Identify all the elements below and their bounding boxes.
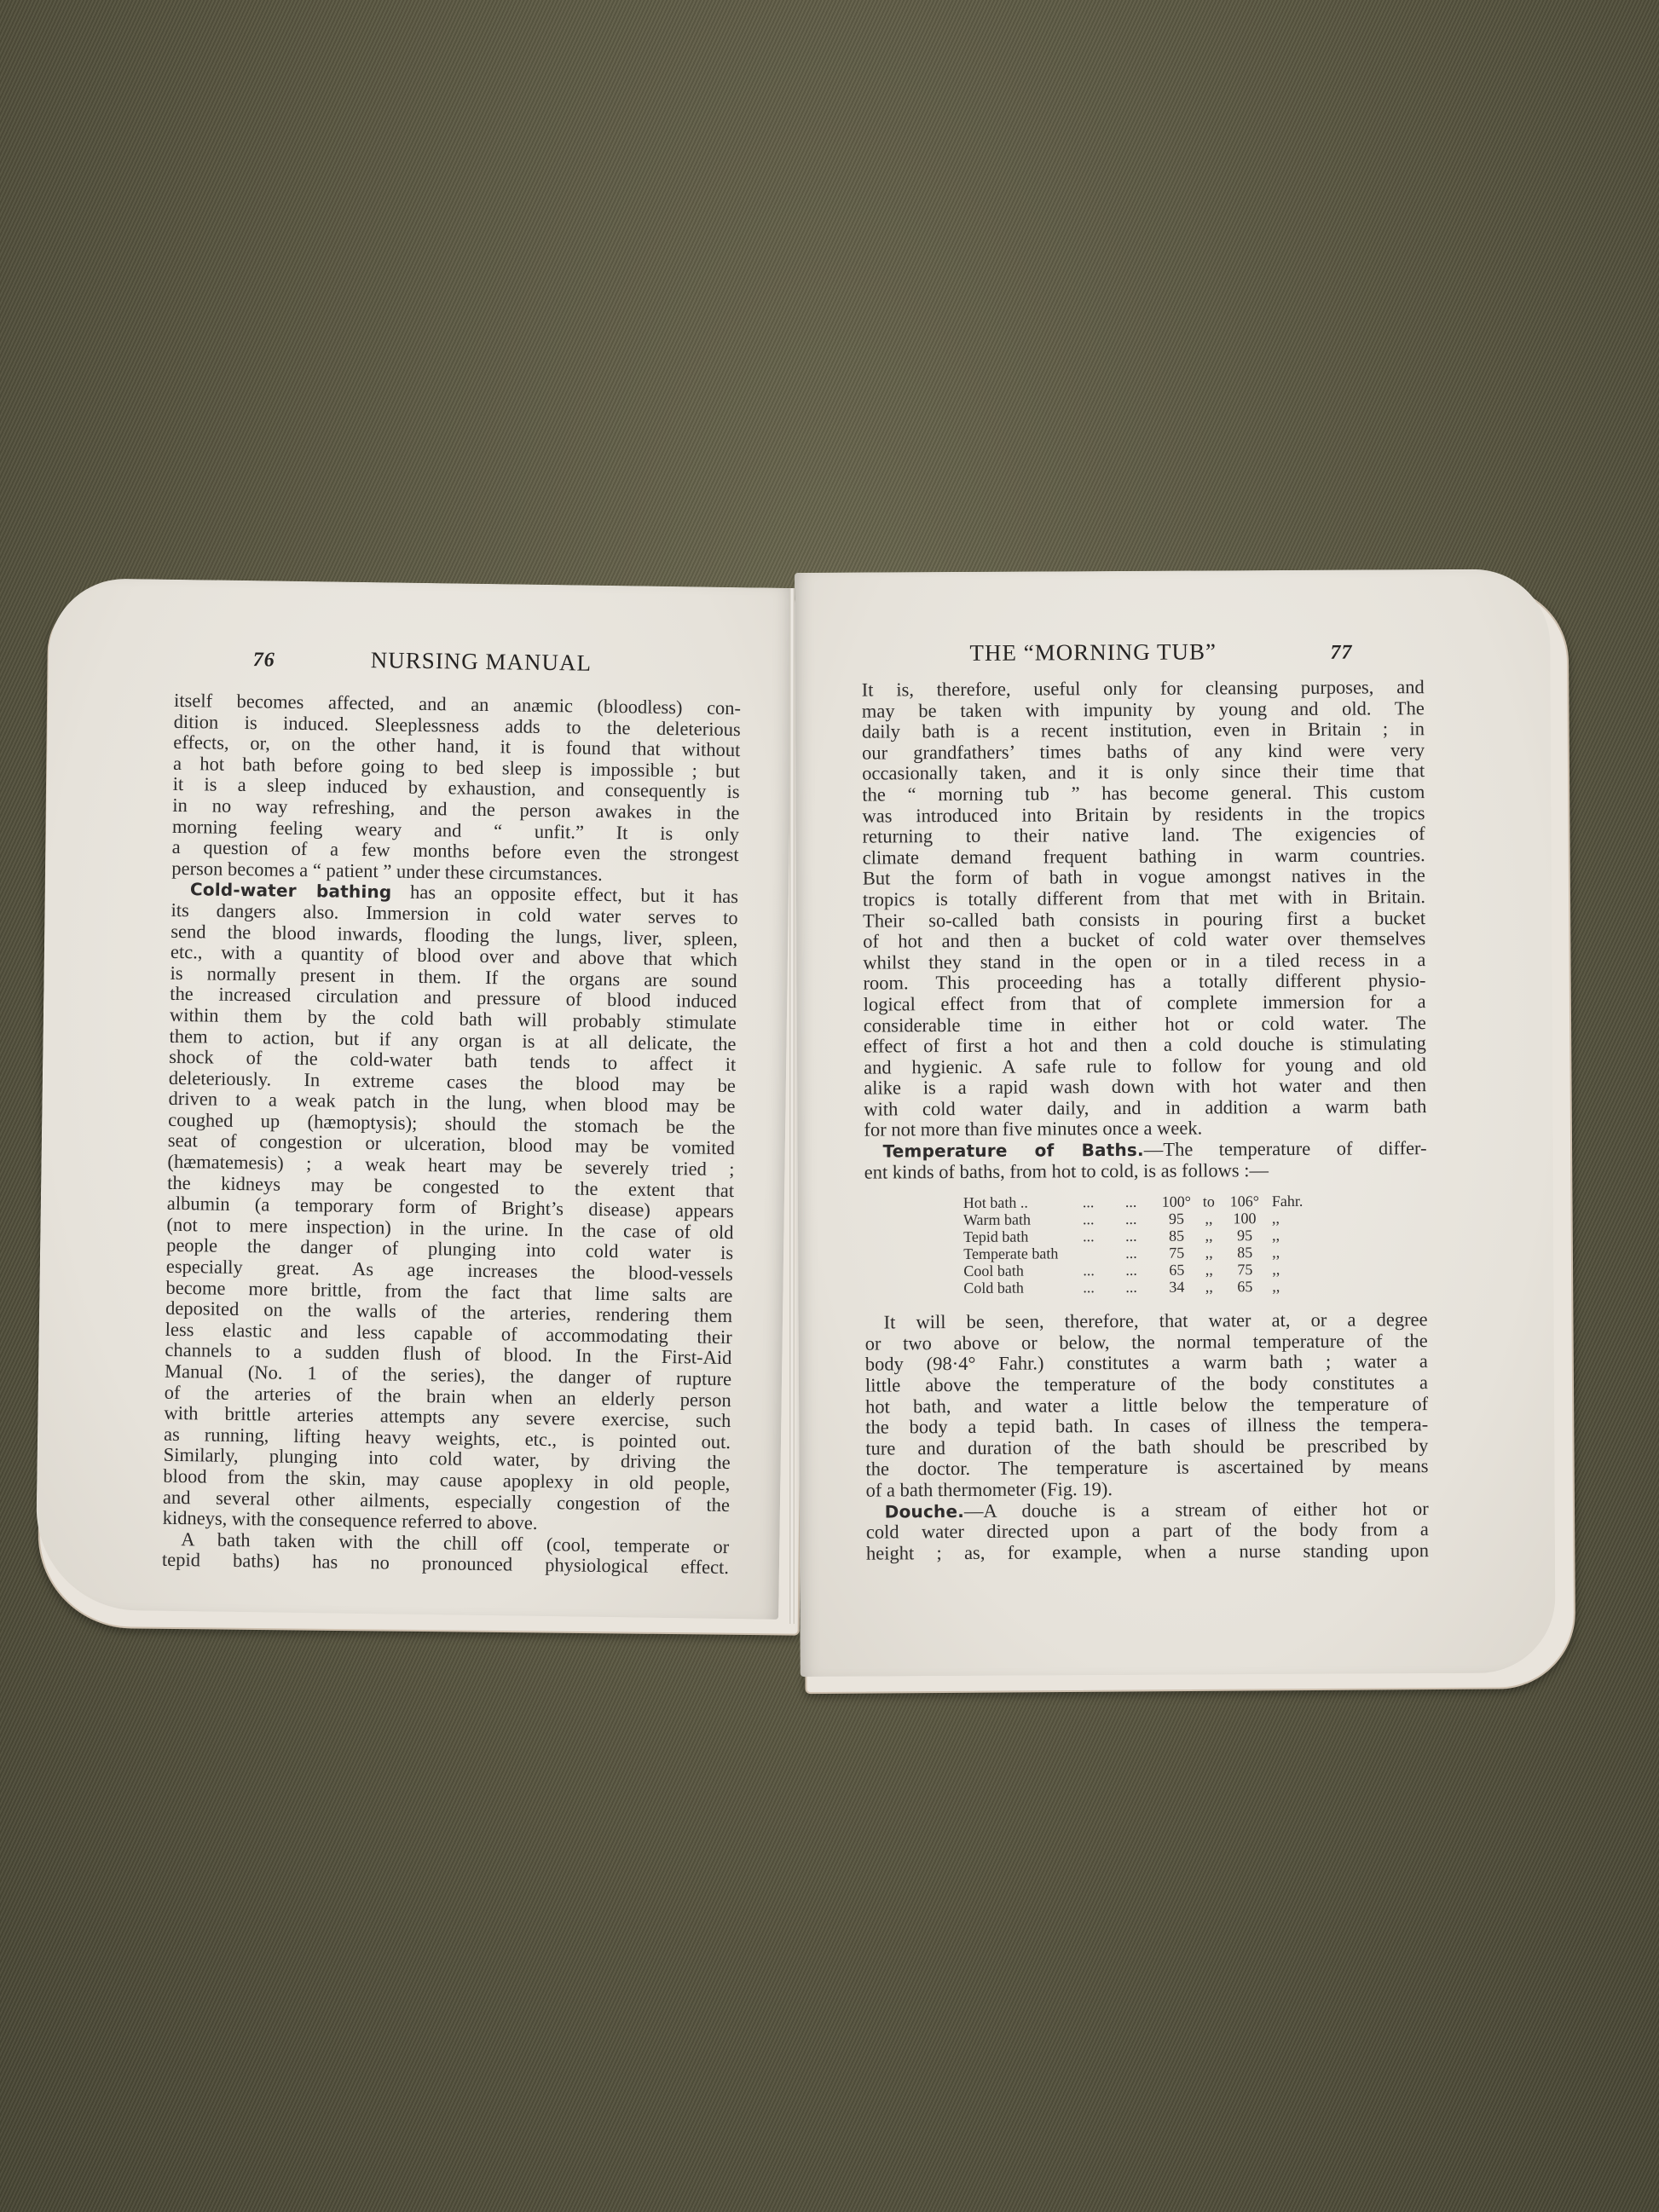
leader-dots: ... xyxy=(1125,1227,1159,1245)
bath-type: Cool bath xyxy=(963,1262,1083,1279)
left-page: 76 NURSING MANUAL itself becomes affecte… xyxy=(35,578,793,1620)
temp-to: 95 xyxy=(1224,1227,1265,1244)
temp-to: 100 xyxy=(1224,1210,1265,1227)
table-row: Cold bath ... ... 34 ,, 65 ,, xyxy=(963,1278,1303,1297)
left-running-head: 76 NURSING MANUAL xyxy=(48,643,791,687)
paragraph-douche: Douche.—A douche is a stream of either h… xyxy=(866,1499,1429,1564)
leader-dots: ... xyxy=(1083,1193,1125,1210)
temp-from: 34 xyxy=(1159,1279,1194,1296)
temp-to: 106° xyxy=(1224,1193,1265,1210)
temp-from: 65 xyxy=(1159,1262,1194,1279)
leader-dots: ... xyxy=(1083,1262,1125,1279)
leader-dots: ... xyxy=(1125,1279,1159,1296)
bath-type: Hot bath .. xyxy=(963,1193,1083,1211)
paragraph: It will be seen, therefore, that water a… xyxy=(865,1309,1429,1501)
range-separator: ,, xyxy=(1194,1210,1224,1227)
range-separator: ,, xyxy=(1194,1262,1224,1279)
temp-from: 95 xyxy=(1159,1210,1194,1227)
temp-unit: ,, xyxy=(1265,1278,1303,1295)
paragraph: It is, therefore, useful only for cleans… xyxy=(862,677,1427,1141)
text-line: ent kinds of baths, from hot to cold, is… xyxy=(864,1159,1427,1183)
range-separator: ,, xyxy=(1194,1279,1224,1296)
range-separator: ,, xyxy=(1194,1245,1224,1262)
run-in-heading: Temperature of Baths. xyxy=(882,1140,1143,1162)
bath-type: Cold bath xyxy=(963,1279,1083,1297)
table-row: Warm bath ... ... 95 ,, 100 ,, xyxy=(963,1210,1303,1228)
text-line: height ; as, for example, when a nurse s… xyxy=(866,1540,1429,1564)
range-separator: to xyxy=(1194,1193,1224,1210)
text-line: Temperature of Baths.—The temperature of… xyxy=(864,1138,1426,1162)
paragraph: A bath taken with the chill off (cool, t… xyxy=(162,1529,730,1579)
paragraph: itself becomes affected, and an anæmic (… xyxy=(171,690,741,887)
left-page-body: itself becomes affected, and an anæmic (… xyxy=(162,690,741,1579)
right-page-body: It is, therefore, useful only for cleans… xyxy=(862,677,1429,1564)
leader-dots: ... xyxy=(1083,1210,1125,1227)
temp-unit: ,, xyxy=(1265,1210,1303,1227)
right-running-head: THE “MORNING TUB” 77 xyxy=(795,637,1550,675)
bath-type: Tepid bath xyxy=(963,1227,1083,1245)
book-spine-gutter xyxy=(789,588,795,1624)
bath-type: Temperate bath xyxy=(963,1245,1125,1262)
table-row: Hot bath .. ... ... 100° to 106° Fahr. xyxy=(963,1193,1303,1211)
leader-dots: ... xyxy=(1083,1227,1125,1245)
page-number: 76 xyxy=(253,649,275,672)
leader-dots: ... xyxy=(1083,1279,1125,1296)
run-in-heading: Douche. xyxy=(885,1501,964,1522)
text-fragment: —The temperature of differ- xyxy=(1144,1137,1427,1160)
paragraph-temperature-of-baths: Temperature of Baths.—The temperature of… xyxy=(864,1138,1426,1183)
temp-unit: ,, xyxy=(1265,1261,1303,1278)
bath-type: Warm bath xyxy=(963,1210,1083,1228)
running-head-title: NURSING MANUAL xyxy=(371,647,592,677)
text-line: the doctor. The temperature is ascertain… xyxy=(865,1457,1428,1481)
table-row: Temperate bath ... 75 ,, 85 ,, xyxy=(963,1244,1303,1262)
bath-temperature-table: Hot bath .. ... ... 100° to 106° Fahr. W… xyxy=(963,1193,1303,1297)
temp-to: 85 xyxy=(1224,1244,1265,1261)
leader-dots: ... xyxy=(1125,1245,1159,1262)
table-row: Tepid bath ... ... 85 ,, 95 ,, xyxy=(963,1227,1303,1245)
table-row: Cool bath ... ... 65 ,, 75 ,, xyxy=(963,1261,1303,1279)
temp-to: 65 xyxy=(1224,1278,1265,1295)
temp-unit: ,, xyxy=(1265,1227,1303,1244)
running-head-title: THE “MORNING TUB” xyxy=(969,638,1217,667)
leader-dots: ... xyxy=(1125,1210,1159,1227)
leader-dots: ... xyxy=(1125,1193,1159,1210)
temp-from: 85 xyxy=(1159,1227,1194,1245)
temp-from: 100° xyxy=(1159,1193,1194,1210)
temp-unit: ,, xyxy=(1265,1244,1303,1261)
open-book: 76 NURSING MANUAL itself becomes affecte… xyxy=(0,0,1659,2212)
text-fragment: —A douche is a stream of either hot or xyxy=(964,1498,1429,1522)
temp-unit: Fahr. xyxy=(1265,1193,1303,1210)
range-separator: ,, xyxy=(1194,1227,1224,1245)
leader-dots: ... xyxy=(1125,1262,1159,1279)
temp-to: 75 xyxy=(1224,1261,1265,1278)
text-line: with cold water daily, and in addition a… xyxy=(864,1096,1426,1120)
page-number: 77 xyxy=(1330,642,1352,665)
temp-from: 75 xyxy=(1159,1245,1194,1262)
right-page: THE “MORNING TUB” 77 It is, therefore, u… xyxy=(795,569,1556,1677)
paragraph-cold-water-bathing: Cold-water bathing has an opposite effec… xyxy=(163,879,739,1537)
